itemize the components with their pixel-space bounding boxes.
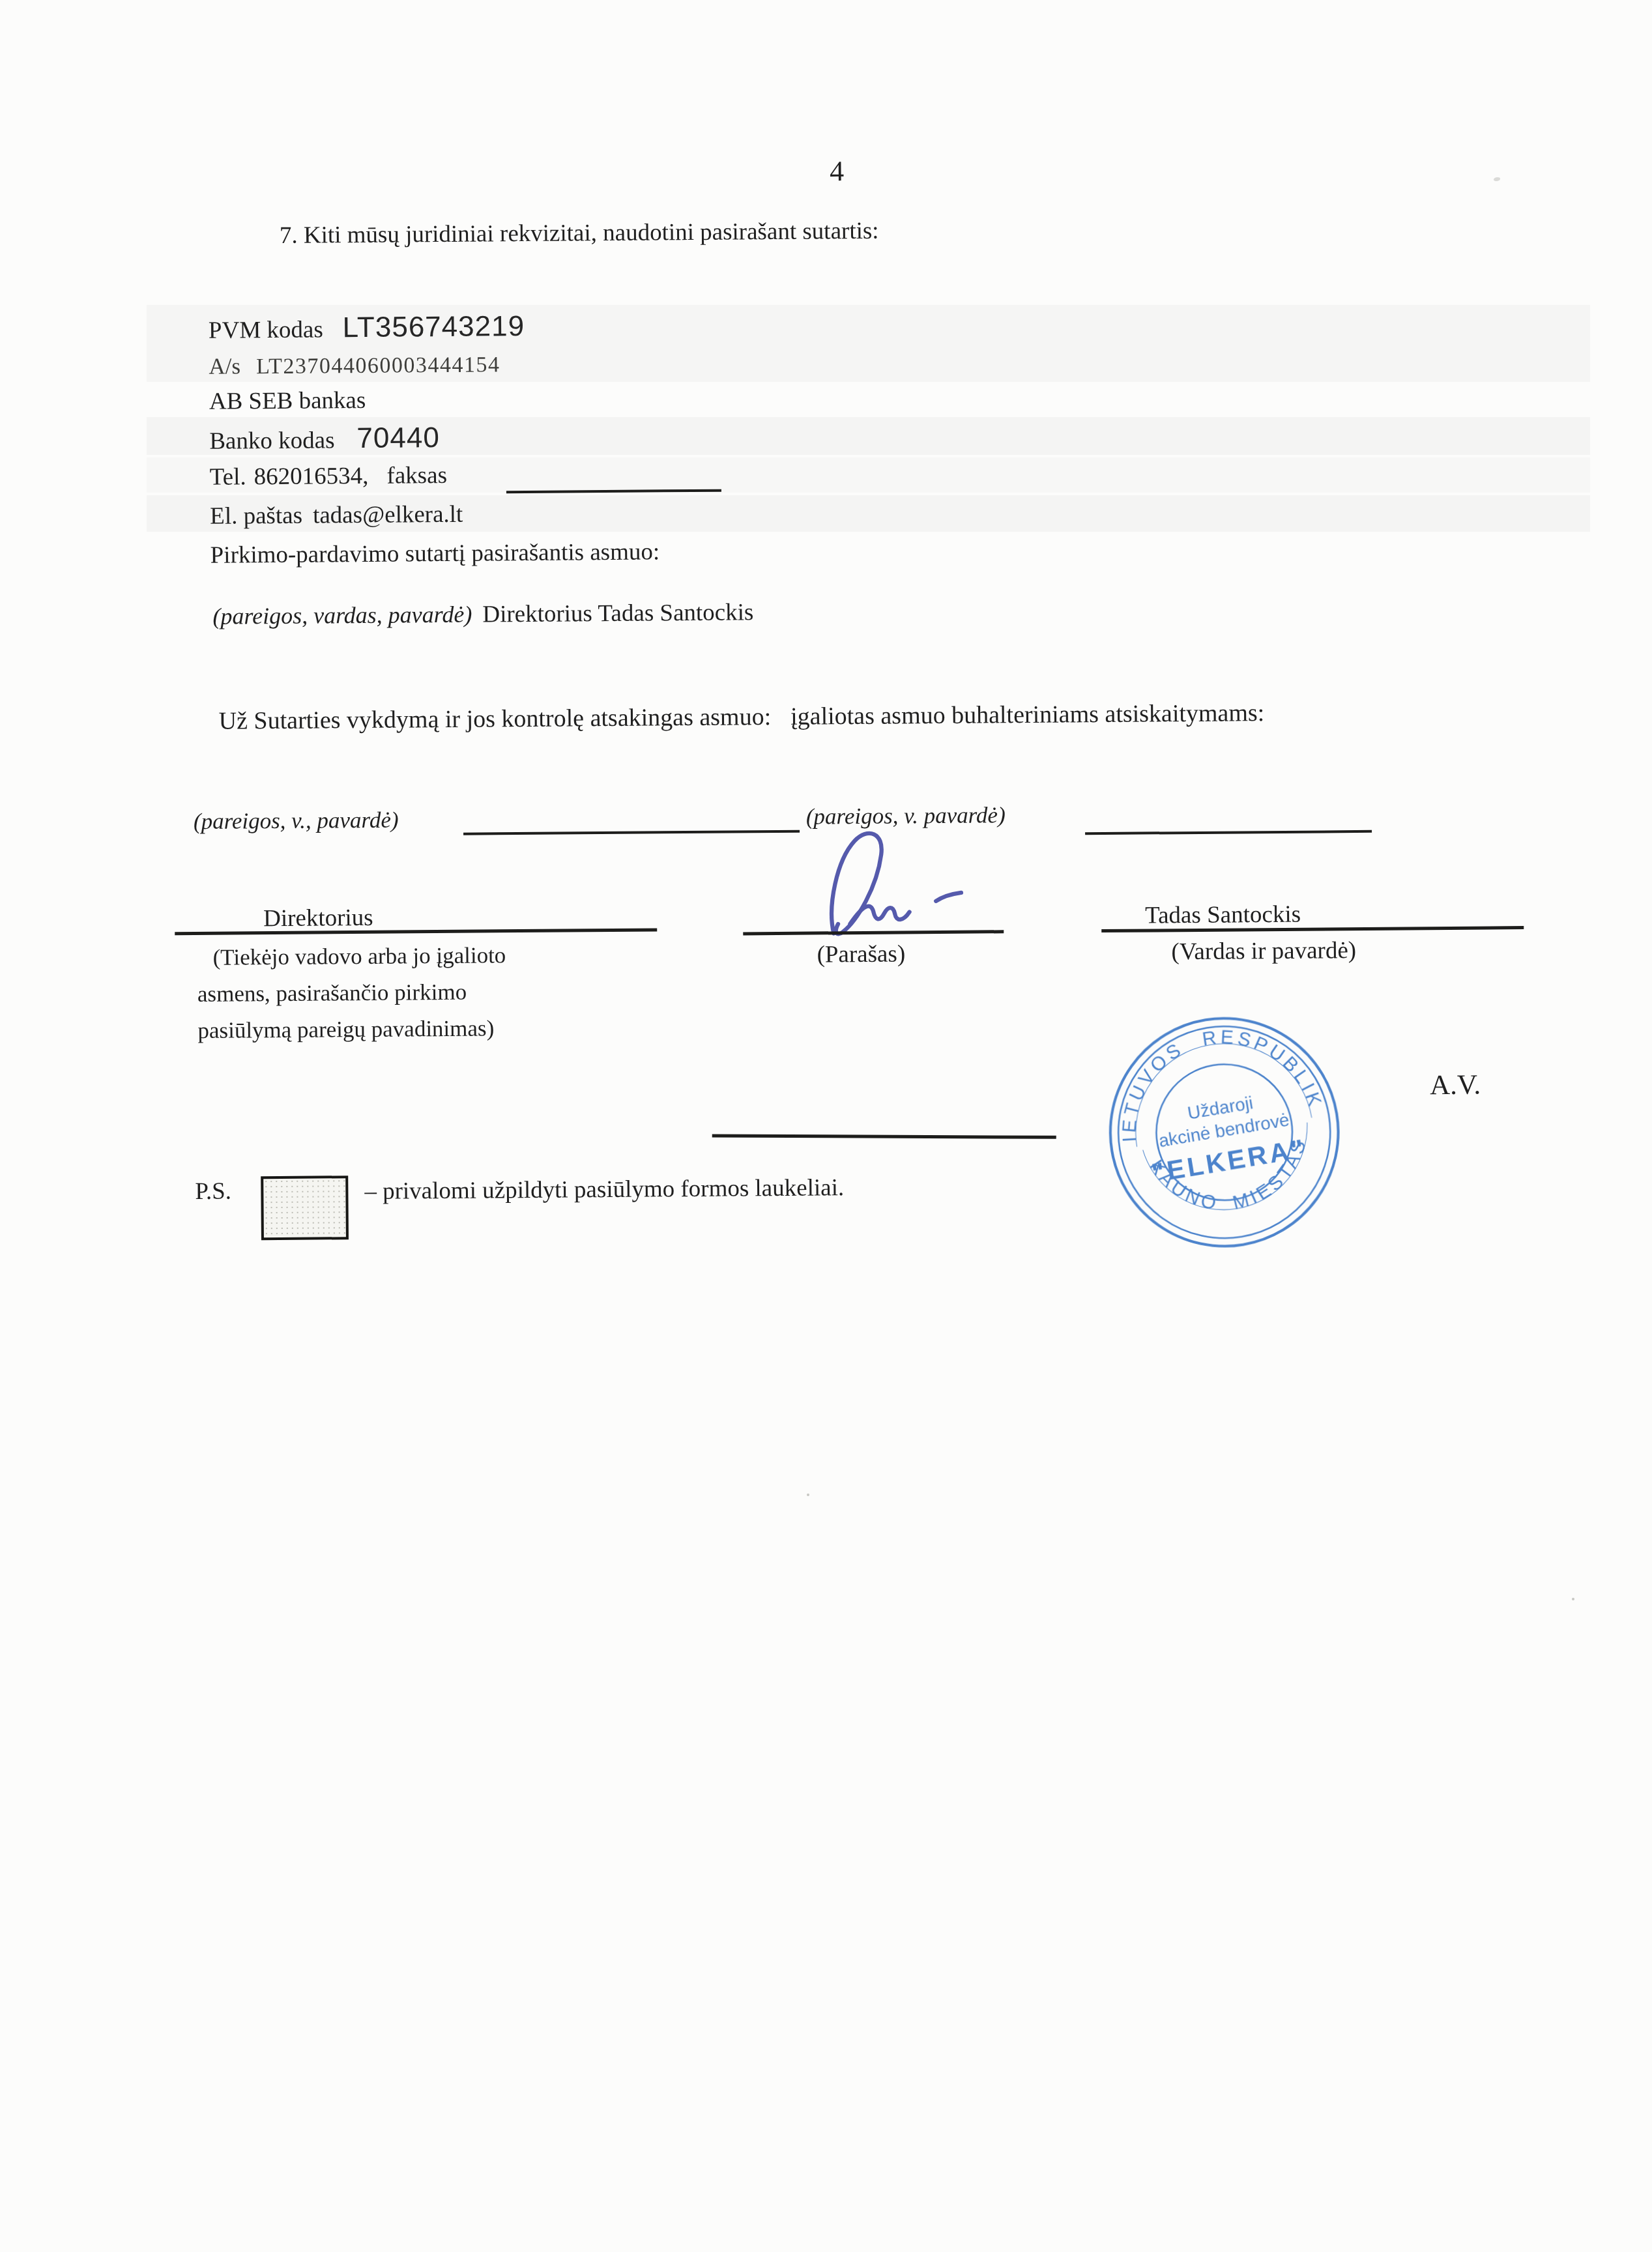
signer-value: Direktorius Tadas Santockis	[482, 599, 753, 629]
left-position-hint: (pareigos, v., pavardė)	[194, 807, 399, 835]
position-signature-line	[175, 928, 657, 935]
responsible-sentence-right: įgaliotas asmuo buhalteriniams atsiskait…	[790, 699, 1264, 731]
position-value: Direktorius	[263, 904, 373, 933]
email-label: El. paštas	[210, 502, 302, 531]
bank-code-line: Banko kodas 70440	[209, 422, 440, 456]
fax-blank-line	[506, 489, 721, 494]
account-line: A/s LT237044060003444154	[209, 351, 500, 380]
signer-hint: (pareigos, vardas, pavardė)	[212, 601, 472, 631]
page-number: 4	[830, 155, 844, 188]
position-caption-line3: pasiūlymą pareigų pavadinimas)	[197, 1015, 494, 1044]
bank-name-line: AB SEB bankas	[209, 387, 366, 416]
signer-intro-line: Pirkimo-pardavimo sutartį pasirašantis a…	[210, 538, 660, 570]
tel-label: Tel.	[210, 463, 246, 491]
right-position-hint: (pareigos, v. pavardė)	[806, 802, 1006, 830]
position-caption-line1: (Tiekėjo vadovo arba jo įgalioto	[212, 942, 506, 971]
name-value: Tadas Santockis	[1145, 901, 1301, 930]
bank-code-value: 70440	[356, 422, 440, 455]
handwritten-signature	[806, 830, 993, 938]
pvm-code-value: LT356743219	[343, 310, 525, 345]
scanned-document-page: 4 7. Kiti mūsų juridiniai rekvizitai, na…	[0, 0, 1652, 2252]
account-label: A/s	[209, 353, 240, 380]
company-round-stamp: LIETUVOS RESPUBLIKA KAUNO MIESTAS Uždaro…	[1103, 1011, 1345, 1253]
tel-fax-line: Tel. 862016534, faksas	[210, 462, 448, 491]
pvm-code-line: PVM kodas LT356743219	[209, 310, 525, 345]
bank-code-label: Banko kodas	[209, 427, 335, 455]
standalone-blank-line	[712, 1134, 1056, 1139]
email-line: El. paštas tadas@elkera.lt	[210, 501, 463, 531]
responsible-sentence: Už Sutarties vykdymą ir jos kontrolę ats…	[219, 699, 1265, 736]
email-value: tadas@elkera.lt	[313, 501, 463, 530]
name-caption: (Vardas ir pavardė)	[1171, 937, 1356, 966]
account-value: LT237044060003444154	[256, 352, 500, 379]
ps-note: – privalomi užpildyti pasiūlymo formos l…	[364, 1174, 844, 1205]
ps-label: P.S.	[195, 1178, 231, 1206]
fax-label: faksas	[386, 462, 447, 490]
left-blank-line	[463, 830, 800, 835]
tel-value: 862016534,	[254, 463, 369, 491]
position-caption-line2: asmens, pasirašančio pirkimo	[197, 979, 467, 1007]
signature-caption: (Parašas)	[817, 940, 905, 969]
seal-mark: A.V.	[1430, 1069, 1481, 1102]
right-blank-line	[1085, 830, 1372, 835]
required-field-sample-box	[261, 1176, 349, 1240]
section-heading: 7. Kiti mūsų juridiniai rekvizitai, naud…	[280, 218, 879, 250]
pvm-code-label: PVM kodas	[209, 316, 323, 345]
signer-line: (pareigos, vardas, pavardė) Direktorius …	[212, 599, 753, 631]
responsible-sentence-left: Už Sutarties vykdymą ir jos kontrolę ats…	[219, 703, 772, 736]
